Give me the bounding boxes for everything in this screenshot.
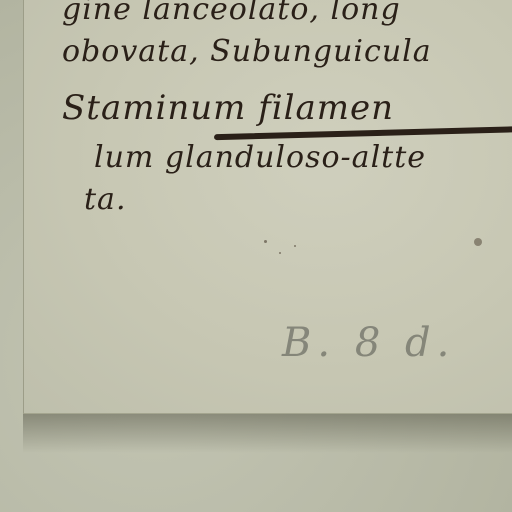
manuscript-line-5: ta. xyxy=(84,182,126,217)
manuscript-sheet: gine lanceolato, long obovata, Subunguic… xyxy=(23,0,512,414)
ink-speck xyxy=(279,252,281,254)
ink-speck xyxy=(294,245,296,247)
manuscript-line-2: obovata, Subunguicula xyxy=(62,34,432,69)
ink-speck xyxy=(264,240,267,243)
manuscript-line-4: lum glanduloso-altte xyxy=(94,140,426,175)
sheet-shadow xyxy=(23,413,512,453)
manuscript-line-1: gine lanceolato, long xyxy=(62,0,401,27)
pencil-annotation: B. 8 d. xyxy=(282,320,455,366)
ink-speck xyxy=(474,238,482,246)
manuscript-line-3: Staminum filamen xyxy=(62,88,394,128)
